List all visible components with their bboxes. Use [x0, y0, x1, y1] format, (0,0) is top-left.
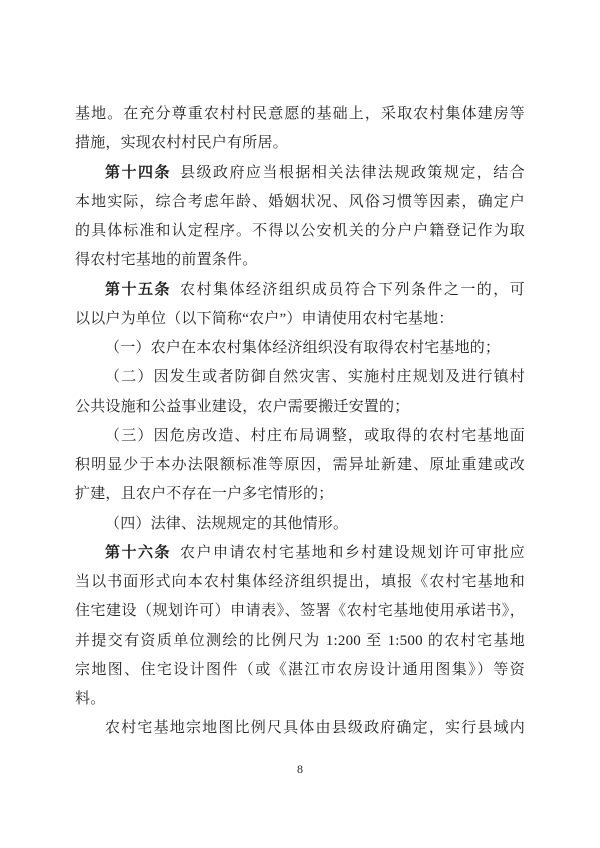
- text-line: 料。: [75, 685, 525, 714]
- line-text: （四）法律、法规规定的其他情形。: [105, 516, 348, 532]
- line-text: 的具体标准和认定程序。不得以公安机关的分户户籍登记作为取: [75, 223, 525, 239]
- article-number: 第十五条: [105, 282, 171, 298]
- article-number: 第十六条: [105, 545, 171, 561]
- text-line: 公共设施和公益事业建设，农户需要搬迁安置的；: [75, 393, 525, 422]
- text-line: 的具体标准和认定程序。不得以公安机关的分户户籍登记作为取: [75, 217, 525, 246]
- text-line: （三）因危房改造、村庄布局调整，或取得的农村宅基地面: [75, 422, 525, 451]
- line-text: 措施，实现农村村民户有所居。: [75, 135, 288, 151]
- line-text: 得农村宅基地的前置条件。: [75, 252, 257, 268]
- text-line: 积明显少于本办法限额标准等原因，需异址新建、原址重建或改: [75, 451, 525, 480]
- text-line: 并提交有资质单位测绘的比例尺为 1:200 至 1:500 的农村宅基地: [75, 627, 525, 656]
- text-line: 第十五条农村集体经济组织成员符合下列条件之一的，可: [75, 276, 525, 305]
- document-body: 基地。在充分尊重农村村民意愿的基础上，采取农村集体建房等 措施，实现农村村民户有…: [75, 100, 525, 744]
- text-line: （一）农户在本农村集体经济组织没有取得农村宅基地的；: [75, 334, 525, 363]
- line-text: 扩建，且农户不存在一户多宅情形的；: [75, 486, 333, 502]
- line-text: 本地实际，综合考虑年龄、婚姻状况、风俗习惯等因素，确定户: [75, 194, 525, 210]
- line-text: 以以户为单位（以下简称“农户”）申请使用农村宅基地：: [75, 311, 454, 327]
- text-line: 得农村宅基地的前置条件。: [75, 246, 525, 275]
- text-line: 以以户为单位（以下简称“农户”）申请使用农村宅基地：: [75, 305, 525, 334]
- line-text: 积明显少于本办法限额标准等原因，需异址新建、原址重建或改: [75, 457, 525, 473]
- text-line: 住宅建设（规划许可）申请表》、签署《农村宅基地使用承诺书》，: [75, 597, 525, 626]
- line-text: 公共设施和公益事业建设，农户需要搬迁安置的；: [75, 399, 409, 415]
- text-line: 第十六条农户申请农村宅基地和乡村建设规划许可审批应: [75, 539, 525, 568]
- text-line: （二）因发生或者防御自然灾害、实施村庄规划及进行镇村: [75, 363, 525, 392]
- line-text: 并提交有资质单位测绘的比例尺为 1:200 至 1:500 的农村宅基地: [75, 633, 525, 649]
- line-text: （一）农户在本农村集体经济组织没有取得农村宅基地的；: [105, 340, 500, 356]
- line-text: 基地。在充分尊重农村村民意愿的基础上，采取农村集体建房等: [75, 106, 525, 122]
- line-text: 料。: [75, 691, 105, 707]
- text-line: 第十四条县级政府应当根据相关法律法规政策规定，结合: [75, 159, 525, 188]
- text-line: 宗地图、住宅设计图件（或《湛江市农房设计通用图集》）等资: [75, 656, 525, 685]
- line-text: 农户申请农村宅基地和乡村建设规划许可审批应: [180, 545, 525, 561]
- line-text: 当以书面形式向本农村集体经济组织提出，填报《农村宅基地和: [75, 574, 525, 590]
- text-line: 当以书面形式向本农村集体经济组织提出，填报《农村宅基地和: [75, 568, 525, 597]
- text-line: 措施，实现农村村民户有所居。: [75, 129, 525, 158]
- text-line: 本地实际，综合考虑年龄、婚姻状况、风俗习惯等因素，确定户: [75, 188, 525, 217]
- text-line: （四）法律、法规规定的其他情形。: [75, 510, 525, 539]
- text-line: 农村宅基地宗地图比例尺具体由县级政府确定，实行县域内: [75, 714, 525, 743]
- article-number: 第十四条: [105, 165, 171, 181]
- line-text: 住宅建设（规划许可）申请表》、签署《农村宅基地使用承诺书》，: [75, 603, 525, 619]
- page-number: 8: [0, 762, 600, 777]
- line-text: （三）因危房改造、村庄布局调整，或取得的农村宅基地面: [105, 428, 525, 444]
- text-line: 基地。在充分尊重农村村民意愿的基础上，采取农村集体建房等: [75, 100, 525, 129]
- line-text: 县级政府应当根据相关法律法规政策规定，结合: [180, 165, 525, 181]
- document-page: 基地。在充分尊重农村村民意愿的基础上，采取农村集体建房等 措施，实现农村村民户有…: [0, 0, 600, 848]
- line-text: 宗地图、住宅设计图件（或《湛江市农房设计通用图集》）等资: [75, 662, 525, 678]
- line-text: （二）因发生或者防御自然灾害、实施村庄规划及进行镇村: [105, 369, 525, 385]
- text-line: 扩建，且农户不存在一户多宅情形的；: [75, 480, 525, 509]
- line-text: 农村集体经济组织成员符合下列条件之一的，可: [180, 282, 525, 298]
- line-text: 农村宅基地宗地图比例尺具体由县级政府确定，实行县域内: [105, 720, 525, 736]
